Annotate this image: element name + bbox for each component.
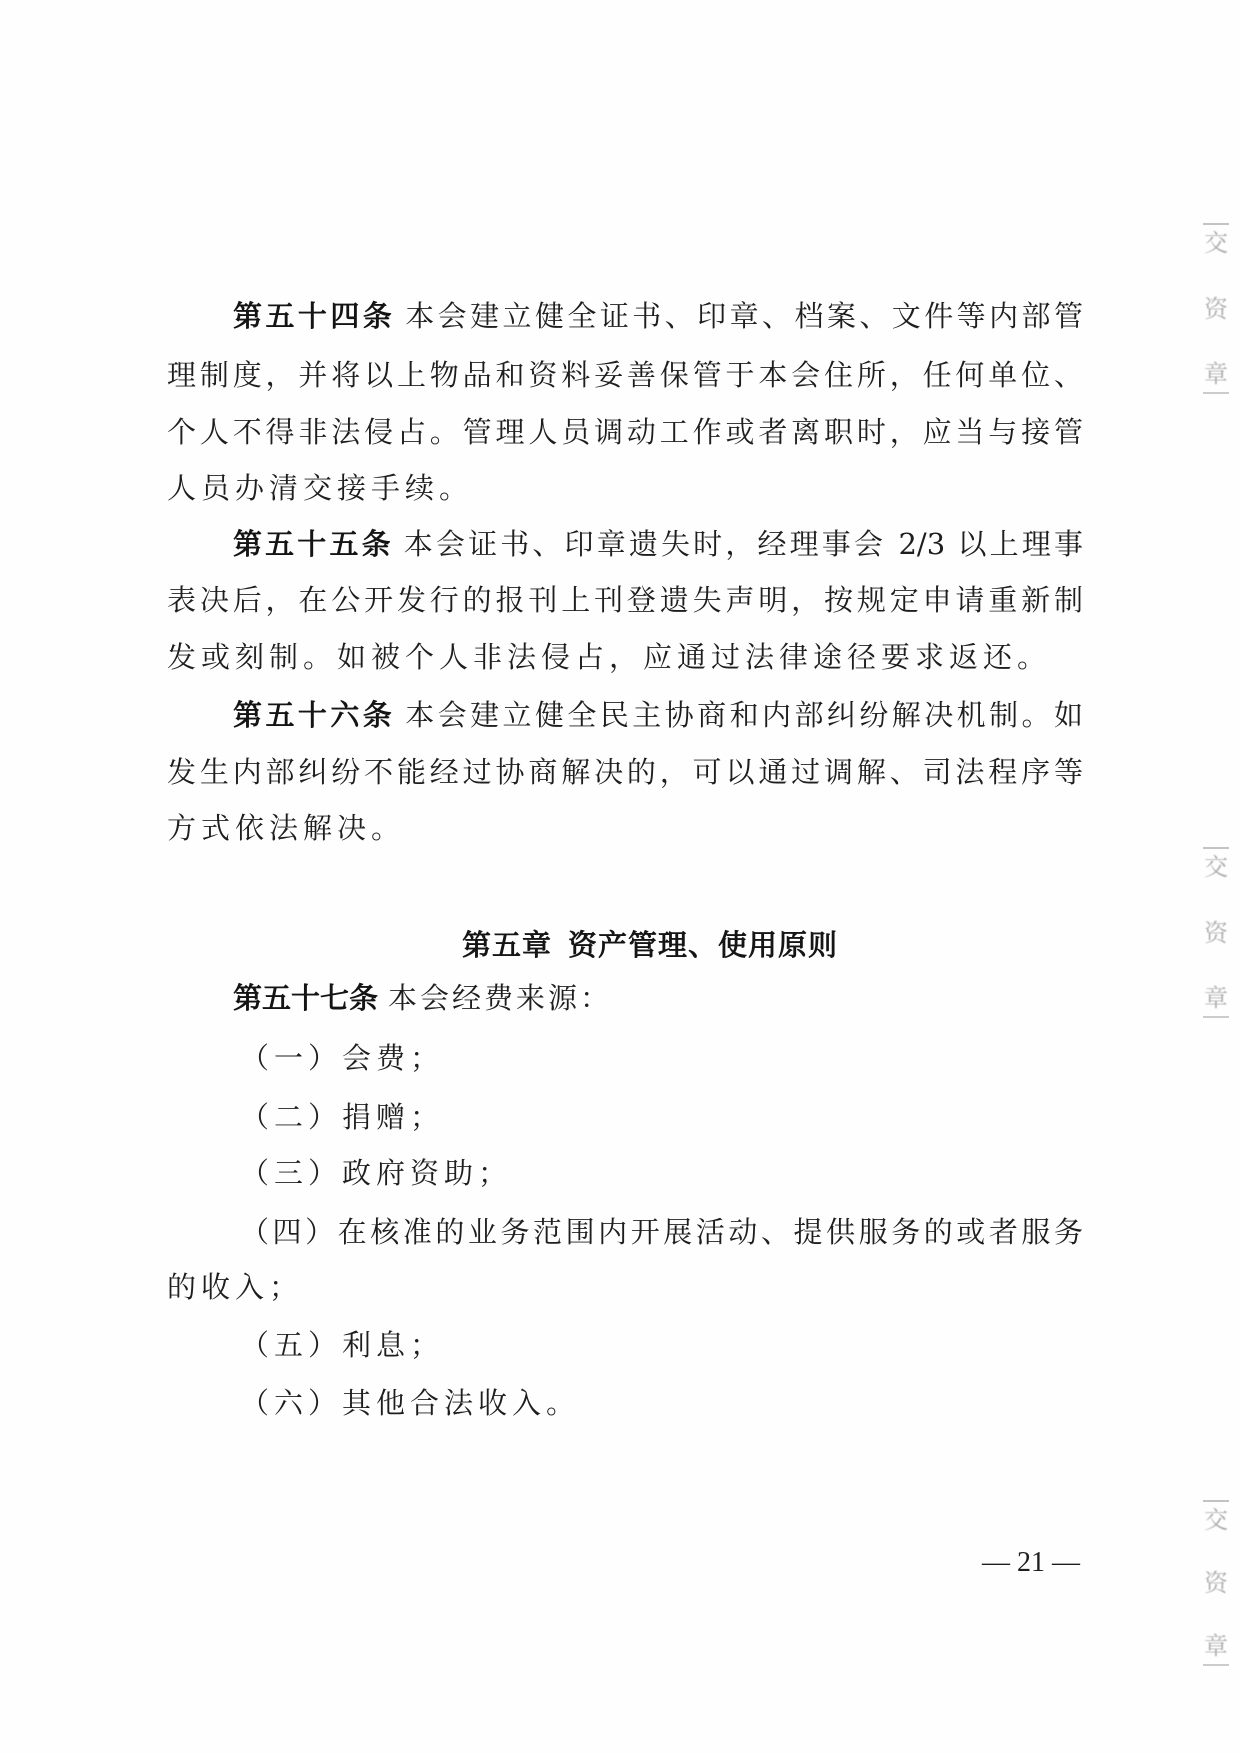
article-55-label: 第五十五条 [233, 527, 394, 561]
article-57-line-1: 第五十七条本会经费来源： [233, 978, 612, 1018]
article-56-line-3: 方式依法解决。 [167, 808, 1083, 848]
funding-item-1: （一）会费； [240, 1038, 444, 1078]
article-56-line-2: 发生内部纠纷不能经过协商解决的，可以通过调解、司法程序等 [167, 752, 1083, 792]
seal-stamp-icon: 交 资 章 [1203, 1500, 1229, 1666]
seal-stamp-icon: 交 资 章 [1203, 847, 1229, 1018]
funding-item-4: （四）在核准的业务范围内开展活动、提供服务的或者服务 [240, 1212, 1083, 1252]
funding-item-3: （三）政府资助； [240, 1153, 512, 1193]
funding-item-5: （五）利息； [240, 1325, 444, 1365]
funding-item-4-cont: 的收入； [167, 1267, 303, 1307]
chapter-number: 第五章 [462, 928, 552, 962]
article-56-label: 第五十六条 [233, 698, 395, 732]
article-54-label: 第五十四条 [233, 299, 395, 333]
article-56-line-1: 第五十六条本会建立健全民主协商和内部纠纷解决机制。如 [233, 695, 1083, 735]
article-54-line-1: 第五十四条本会建立健全证书、印章、档案、文件等内部管 [233, 296, 1083, 336]
article-55-line-2: 表决后，在公开发行的报刊上刊登遗失声明，按规定申请重新制 [167, 580, 1083, 620]
article-55-line-3: 发或刻制。如被个人非法侵占，应通过法律途径要求返还。 [167, 637, 1083, 677]
article-55-line-1: 第五十五条本会证书、印章遗失时，经理事会 2/3 以上理事 [233, 524, 1083, 564]
page-number: — 21 — [976, 1545, 1086, 1581]
article-54-line-3: 个人不得非法侵占。管理人员调动工作或者离职时，应当与接管 [167, 412, 1083, 452]
funding-item-2: （二）捐赠； [240, 1097, 444, 1137]
document-page: 第五十四条本会建立健全证书、印章、档案、文件等内部管 理制度，并将以上物品和资料… [0, 0, 1240, 1753]
chapter-heading: 第五章资产管理、使用原则 [462, 925, 862, 965]
article-54-line-2: 理制度，并将以上物品和资料妥善保管于本会住所，任何单位、 [167, 355, 1083, 395]
chapter-title: 资产管理、使用原则 [568, 928, 838, 962]
article-57-label: 第五十七条 [233, 981, 378, 1015]
article-54-line-4: 人员办清交接手续。 [167, 468, 1083, 508]
funding-item-6: （六）其他合法收入。 [240, 1383, 580, 1423]
seal-stamp-icon: 交 资 章 [1203, 223, 1229, 394]
